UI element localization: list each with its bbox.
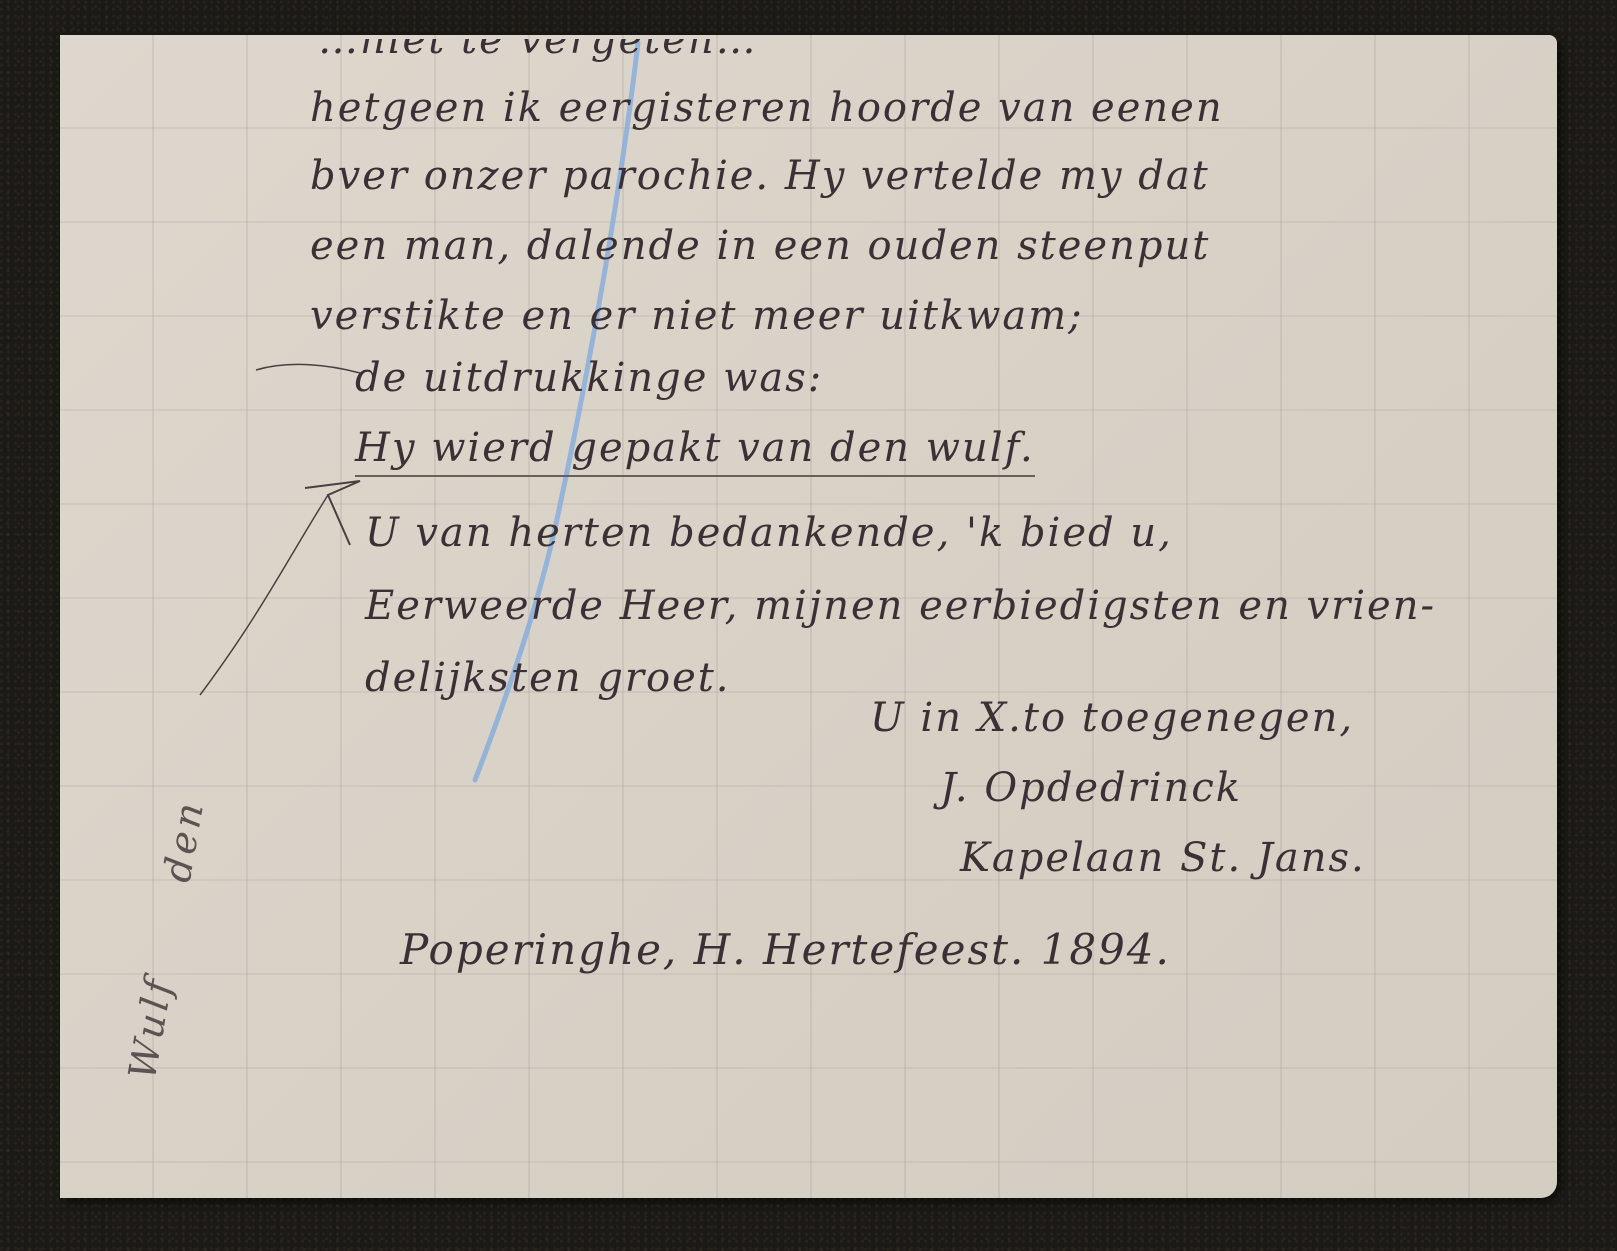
dateline: Poperinghe, H. Hertefeest. 1894. [400,925,1171,974]
letter-line-8: U van herten bedankende, 'k bied u, [365,510,1173,556]
closing-valediction: U in X.to toegenegen, [870,695,1354,741]
margin-note: Wulf den [120,717,226,1083]
margin-note-word-1: Wulf [120,972,181,1082]
letter-page: …niet te vergeten… hetgeen ik eergistere… [60,35,1557,1198]
signature-title: Kapelaan St. Jans. [960,835,1366,881]
letter-line-7-emphasized: Hy wierd gepakt van den wulf. [355,425,1035,477]
letter-line-6: de uitdrukkinge was: [355,355,823,401]
letter-line-10: delijksten groet. [365,655,731,701]
letter-line-4: een man, dalende in een ouden steenput [310,223,1210,269]
letter-line-1: …niet te vergeten… [318,17,758,63]
letter-line-5: verstikte en er niet meer uitkwam; [310,293,1084,339]
letter-line-3: bver onzer parochie. Hy vertelde my dat [310,153,1210,199]
margin-note-word-2: den [155,796,213,886]
letter-line-9: Eerweerde Heer, mijnen eerbiedigsten en … [365,583,1436,629]
signature: J. Opdedrinck [940,765,1242,811]
letter-line-2: hetgeen ik eergisteren hoorde van eenen [310,85,1224,131]
